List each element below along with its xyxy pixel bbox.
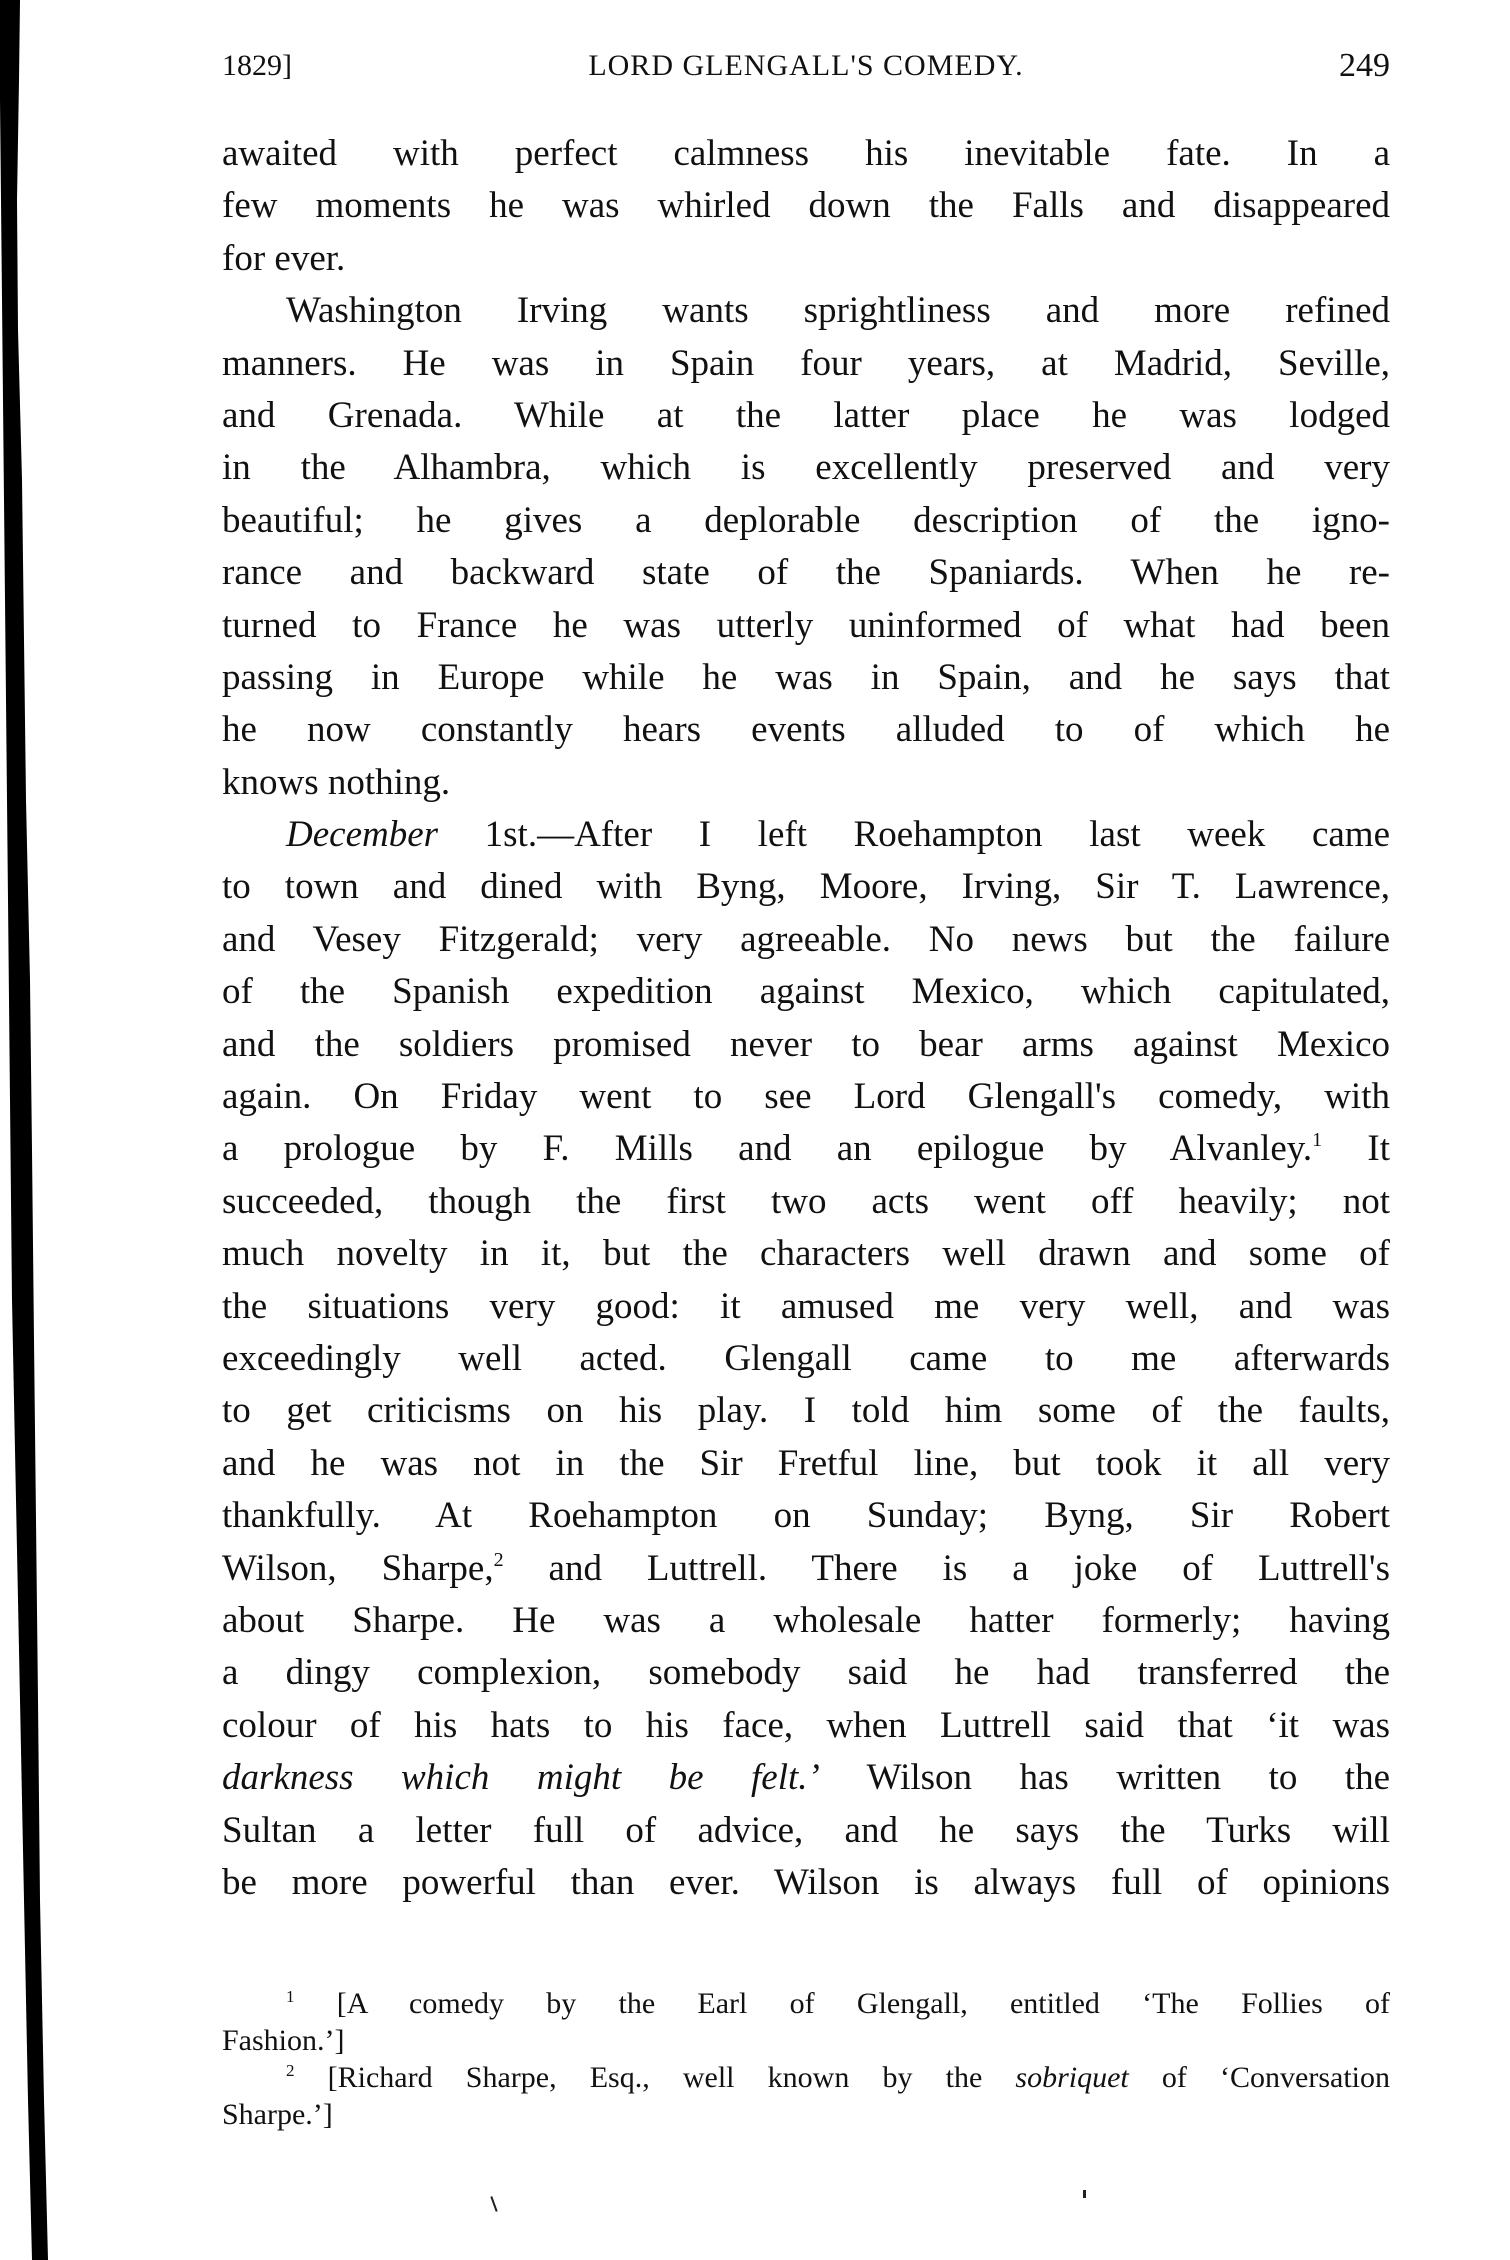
- footnote-text: [A comedy by the Earl of Glengall, entit…: [337, 1987, 1390, 2020]
- text-line: few moments he was whirled down the Fall…: [222, 180, 1390, 232]
- text-line: and the soldiers promised never to bear …: [222, 1019, 1390, 1071]
- body-text: awaited with perfect calmness his inevit…: [222, 128, 1390, 1909]
- text-line: rance and backward state of the Spaniard…: [222, 547, 1390, 599]
- text-line: he now constantly hears events alluded t…: [222, 704, 1390, 756]
- text-line: to get criticisms on his play. I told hi…: [222, 1385, 1390, 1437]
- footnote-text: [Richard Sharpe, Esq., well known by the: [328, 2061, 1016, 2094]
- text-line: about Sharpe. He was a wholesale hatter …: [222, 1595, 1390, 1647]
- text-line: much novelty in it, but the characters w…: [222, 1228, 1390, 1280]
- text-run: and Luttrell. There is a joke of Luttrel…: [504, 1548, 1390, 1589]
- text-line: knows nothing.: [222, 757, 1390, 809]
- text-line: and Vesey Fitzgerald; very agreeable. No…: [222, 914, 1390, 966]
- text-line: awaited with perfect calmness his inevit…: [222, 128, 1390, 180]
- text-run: a prologue by F. Mills and an epilogue b…: [222, 1128, 1312, 1169]
- footnote-text: of ‘Conversation: [1129, 2061, 1390, 2094]
- footnote-ref-2[interactable]: 2: [494, 1549, 504, 1571]
- date-italic: December: [286, 814, 438, 855]
- text-line: colour of his hats to his face, when Lut…: [222, 1700, 1390, 1752]
- quote-italic: darkness which might be felt.’: [222, 1757, 820, 1798]
- text-line: and Grenada. While at the latter place h…: [222, 390, 1390, 442]
- scan-speck: [490, 2196, 497, 2212]
- text-line: succeeded, though the first two acts wen…: [222, 1176, 1390, 1228]
- text-line: exceedingly well acted. Glengall came to…: [222, 1333, 1390, 1385]
- paragraph-start: Washington Irving wants sprightliness an…: [222, 285, 1390, 337]
- running-head: 1829] LORD GLENGALL'S COMEDY. 249: [222, 44, 1390, 88]
- text-run: 1st.—After I left Roehampton last week c…: [438, 814, 1390, 855]
- text-run: Wilson has written to the: [820, 1757, 1390, 1798]
- text-line: in the Alhambra, which is excellently pr…: [222, 442, 1390, 494]
- text-line: turned to France he was utterly uninform…: [222, 600, 1390, 652]
- text-line: a dingy complexion, somebody said he had…: [222, 1647, 1390, 1699]
- text-line: darkness which might be felt.’ Wilson ha…: [222, 1752, 1390, 1804]
- text-run: It: [1322, 1128, 1390, 1169]
- footnote-marker: 1: [286, 1987, 295, 2006]
- footnote-1: 1 [A comedy by the Earl of Glengall, ent…: [222, 1985, 1390, 2022]
- text-line: passing in Europe while he was in Spain,…: [222, 652, 1390, 704]
- text-line: Wilson, Sharpe,2 and Luttrell. There is …: [222, 1543, 1390, 1595]
- paragraph-start: December 1st.—After I left Roehampton la…: [222, 809, 1390, 861]
- text-line: thankfully. At Roehampton on Sunday; Byn…: [222, 1490, 1390, 1542]
- text-line: be more powerful than ever. Wilson is al…: [222, 1857, 1390, 1909]
- footnote-1-continued: Fashion.’]: [222, 2022, 1390, 2059]
- text-line: manners. He was in Spain four years, at …: [222, 338, 1390, 390]
- text-line: for ever.: [222, 233, 1390, 285]
- text-line: a prologue by F. Mills and an epilogue b…: [222, 1123, 1390, 1175]
- text-line: beautiful; he gives a deplorable descrip…: [222, 495, 1390, 547]
- footnote-2-continued: Sharpe.’]: [222, 2096, 1390, 2133]
- running-head-title: LORD GLENGALL'S COMEDY.: [222, 44, 1390, 88]
- text-line: the situations very good: it amused me v…: [222, 1281, 1390, 1333]
- text-line: to town and dined with Byng, Moore, Irvi…: [222, 861, 1390, 913]
- footnote-marker: 2: [286, 2061, 295, 2080]
- footnotes: 1 [A comedy by the Earl of Glengall, ent…: [222, 1985, 1390, 2133]
- page-binding-edge: [0, 0, 50, 2260]
- text-run: Wilson, Sharpe,: [222, 1548, 494, 1589]
- scan-speck: [1083, 2190, 1086, 2198]
- text-line: and he was not in the Sir Fretful line, …: [222, 1438, 1390, 1490]
- footnote-italic: sobriquet: [1015, 2061, 1128, 2094]
- footnote-ref-1[interactable]: 1: [1312, 1129, 1322, 1151]
- footnote-2: 2 [Richard Sharpe, Esq., well known by t…: [222, 2059, 1390, 2096]
- text-line: of the Spanish expedition against Mexico…: [222, 966, 1390, 1018]
- text-line: again. On Friday went to see Lord Glenga…: [222, 1071, 1390, 1123]
- page-number: 249: [1339, 44, 1390, 88]
- text-line: Sultan a letter full of advice, and he s…: [222, 1805, 1390, 1857]
